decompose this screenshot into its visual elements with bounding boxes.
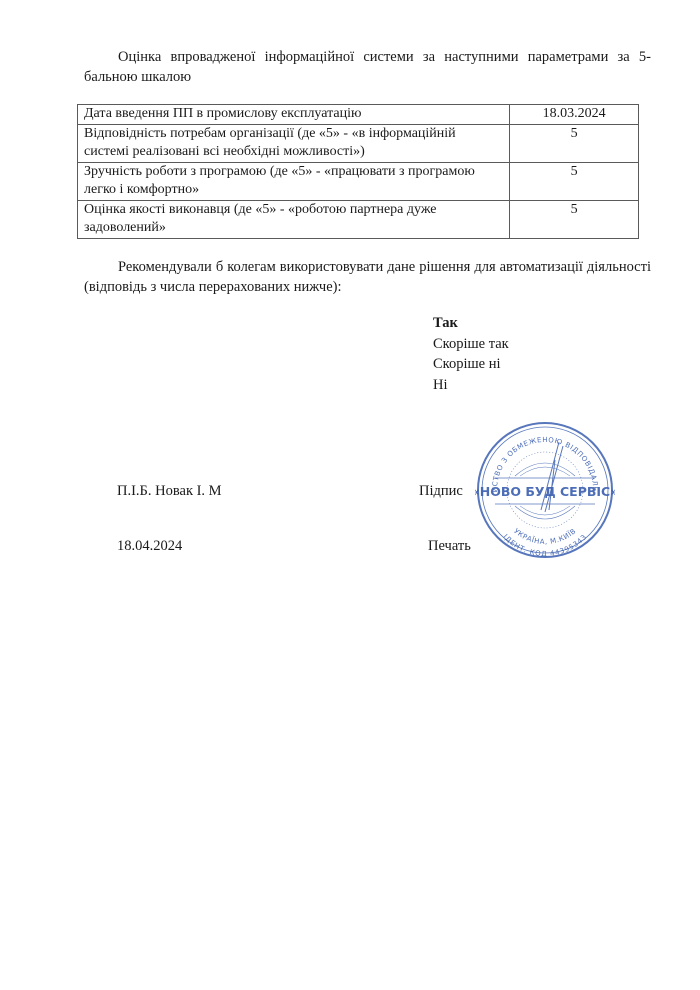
option-rather-no: Скоріше ні bbox=[433, 354, 509, 375]
full-name: П.І.Б. Новак І. М bbox=[117, 483, 222, 500]
document-page: Оцінка впровадженої інформаційної систем… bbox=[0, 0, 700, 990]
signature-label: Підпис bbox=[419, 483, 463, 500]
intro-text: Оцінка впровадженої інформаційної систем… bbox=[84, 49, 651, 85]
option-no: Ні bbox=[433, 375, 509, 396]
answer-options: Так Скоріше так Скоріше ні Ні bbox=[433, 313, 509, 395]
option-rather-yes: Скоріше так bbox=[433, 334, 509, 355]
svg-text:ТОВАРИСТВО З ОБМЕЖЕНОЮ ВІДПОВІ: ТОВАРИСТВО З ОБМЕЖЕНОЮ ВІДПОВІДАЛЬНІСТЮ bbox=[475, 420, 599, 492]
ratings-table: Дата введення ПП в промислову експлуатац… bbox=[77, 104, 639, 239]
table-row: Відповідність потребам організації (де «… bbox=[78, 124, 639, 162]
table-row: Дата введення ПП в промислову експлуатац… bbox=[78, 105, 639, 125]
seal-label: Печать bbox=[428, 538, 471, 555]
svg-text:УКРАЇНА, М.КИЇВ: УКРАЇНА, М.КИЇВ bbox=[512, 527, 578, 546]
table-cell-value: 5 bbox=[510, 200, 639, 238]
table-cell-parameter: Відповідність потребам організації (де «… bbox=[78, 124, 510, 162]
option-yes: Так bbox=[433, 313, 509, 334]
table-row: Зручність роботи з програмою (де «5» - «… bbox=[78, 162, 639, 200]
recommendation-paragraph: Рекомендували б колегам використовувати … bbox=[84, 257, 651, 297]
table-cell-value: 5 bbox=[510, 162, 639, 200]
signature-date: 18.04.2024 bbox=[117, 538, 182, 555]
company-stamp: ТОВАРИСТВО З ОБМЕЖЕНОЮ ВІДПОВІДАЛЬНІСТЮ … bbox=[475, 420, 615, 560]
svg-text:«НОВО БУД СЕРВІС»: «НОВО БУД СЕРВІС» bbox=[475, 484, 615, 499]
table-cell-value: 18.03.2024 bbox=[510, 105, 639, 125]
table-cell-parameter: Оцінка якості виконавця (де «5» - «робот… bbox=[78, 200, 510, 238]
table-cell-value: 5 bbox=[510, 124, 639, 162]
table-cell-parameter: Зручність роботи з програмою (де «5» - «… bbox=[78, 162, 510, 200]
table-row: Оцінка якості виконавця (де «5» - «робот… bbox=[78, 200, 639, 238]
stamp-seal-icon: ТОВАРИСТВО З ОБМЕЖЕНОЮ ВІДПОВІДАЛЬНІСТЮ … bbox=[475, 420, 615, 560]
table-cell-parameter: Дата введення ПП в промислову експлуатац… bbox=[78, 105, 510, 125]
intro-paragraph: Оцінка впровадженої інформаційної систем… bbox=[84, 47, 651, 87]
recommendation-text: Рекомендували б колегам використовувати … bbox=[84, 259, 651, 295]
